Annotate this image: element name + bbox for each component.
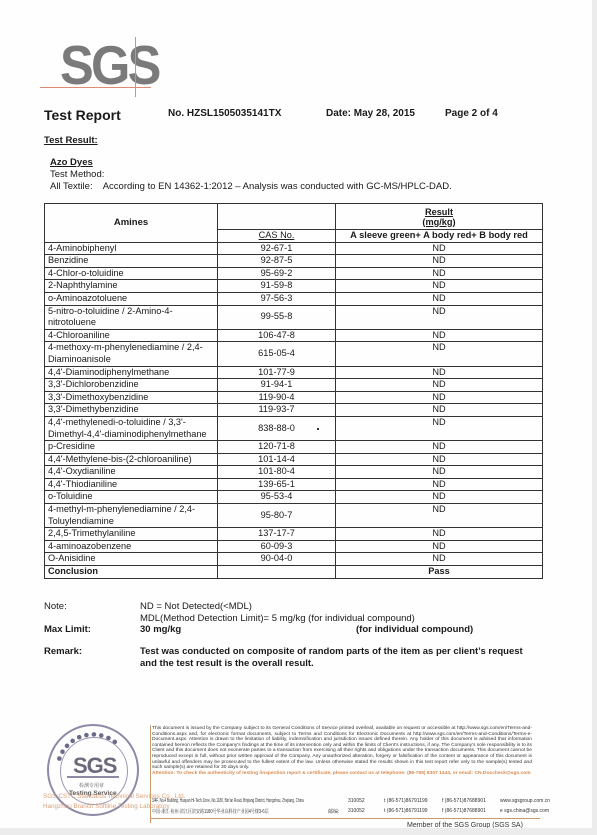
note-line-2: MDL(Method Detection Limit)= 5 mg/kg (fo… — [140, 613, 415, 624]
result-value: ND — [336, 329, 543, 342]
cas-number: 99-55-8 — [218, 305, 336, 329]
max-limit-label: Max Limit: — [44, 624, 91, 635]
amine-name: p-Cresidine — [45, 441, 218, 454]
report-title: Test Report — [44, 107, 121, 123]
result-value: ND — [336, 491, 543, 504]
stamp-cn-text: 检测专用章 — [79, 782, 104, 789]
page-edge — [0, 828, 597, 835]
table-row: p-Cresidine120-71-8ND — [45, 441, 543, 454]
amine-name: 3,3'-Dimethoxybenzidine — [45, 391, 218, 404]
result-value: ND — [336, 416, 543, 440]
table-row: 3,3'-Dimethoxybenzidine119-90-4ND — [45, 391, 543, 404]
note-label: Note: — [44, 601, 67, 612]
result-value: ND — [336, 453, 543, 466]
amine-name: 4-methyl-m-phenylenediamine / 2,4-Toluyl… — [45, 504, 218, 528]
cas-number: 120-71-8 — [218, 441, 336, 454]
website-link[interactable]: www.sgsgroup.com.cn — [500, 798, 550, 804]
col-header-result: Result (mg/kg) — [336, 204, 543, 230]
result-value: ND — [336, 553, 543, 566]
cas-number: 101-14-4 — [218, 453, 336, 466]
test-method-line: All Textile: According to EN 14362-1:201… — [50, 181, 452, 192]
result-value: ND — [336, 504, 543, 528]
email-link[interactable]: e sgs.china@sgs.com — [500, 808, 549, 814]
textile-method: According to EN 14362-1:2012 – Analysis … — [103, 181, 452, 192]
textile-label: All Textile: — [50, 181, 93, 192]
table-row: 3,3'-Dimethybenzidine119-93-7ND — [45, 404, 543, 417]
amine-name: 4-Chloroaniline — [45, 329, 218, 342]
amine-name: O-Anisidine — [45, 553, 218, 566]
table-row: 4,4'-Diaminodiphenylmethane101-77-9ND — [45, 366, 543, 379]
result-label: Result — [425, 207, 453, 217]
sgs-logo: SGS — [60, 38, 159, 93]
cas-number: 119-93-7 — [218, 404, 336, 417]
table-row: 2,4,5-Trimethylaniline137-17-7ND — [45, 528, 543, 541]
amine-name: 4-methoxy-m-phenylenediamine / 2,4-Diami… — [45, 342, 218, 366]
remark-label: Remark: — [44, 646, 82, 657]
table-row: 5-nitro-o-toluidine / 2-Amino-4-nitrotol… — [45, 305, 543, 329]
table-row: 4-Chlor-o-toluidine95-69-2ND — [45, 267, 543, 280]
page-edge — [592, 0, 597, 835]
table-row: o-Toluidine95-53-4ND — [45, 491, 543, 504]
cas-number: 95-69-2 — [218, 267, 336, 280]
amine-name: 5-nitro-o-toluidine / 2-Amino-4-nitrotol… — [45, 305, 218, 329]
table-row: 4,4'-methylenedi-o-toluidine / 3,3'-Dime… — [45, 416, 543, 440]
speck — [317, 428, 319, 430]
cas-number: 92-87-5 — [218, 255, 336, 268]
cas-number: 91-94-1 — [218, 379, 336, 392]
table-row: 4-Chloroaniline106-47-8ND — [45, 329, 543, 342]
result-value: ND — [336, 267, 543, 280]
conclusion-value: Pass — [336, 566, 543, 579]
table-row: 3,3'-Dichlorobenzidine91-94-1ND — [45, 379, 543, 392]
result-value: ND — [336, 540, 543, 553]
result-value: ND — [336, 280, 543, 293]
col-header-cas: CAS No. — [218, 230, 336, 243]
cas-number: 60-09-3 — [218, 540, 336, 553]
result-value: ND — [336, 379, 543, 392]
result-value: ND — [336, 441, 543, 454]
disclaimer-text: This document is issued by the Company s… — [152, 726, 532, 770]
amine-name: Benzidine — [45, 255, 218, 268]
cas-number: 137-17-7 — [218, 528, 336, 541]
amine-name: 4,4'-Diaminodiphenylmethane — [45, 366, 218, 379]
amine-name: o-Aminoazotoluene — [45, 292, 218, 305]
cas-number: 101-77-9 — [218, 366, 336, 379]
cas-number: 101-80-4 — [218, 466, 336, 479]
amine-name: 4-aminoazobenzene — [45, 540, 218, 553]
footer-divider — [150, 725, 151, 823]
page-indicator: Page 2 of 4 — [445, 108, 498, 119]
table-row: 4-methyl-m-phenylenediamine / 2,4-Toluyl… — [45, 504, 543, 528]
cas-number: 139-65-1 — [218, 478, 336, 491]
table-header-row: Amines Result (mg/kg) — [45, 204, 543, 230]
logo-accent-line — [135, 37, 136, 97]
stamp-divider — [67, 776, 119, 778]
table-row: 4-aminoazobenzene60-09-3ND — [45, 540, 543, 553]
table-row: 2-Naphthylamine91-59-8ND — [45, 280, 543, 293]
test-method-label: Test Method: — [50, 169, 104, 180]
max-limit-qualifier: (for individual compound) — [356, 624, 473, 635]
address-en: 3/4F, No.4 Building, Huayan Hi-Tech Zone… — [152, 798, 304, 804]
fax: f (86-571)87688901 — [442, 798, 486, 804]
table-row: o-Aminoazotoluene97-56-3ND — [45, 292, 543, 305]
cas-number: 92-67-1 — [218, 242, 336, 255]
col-header-sample: A sleeve green+ A body red+ B body red — [336, 230, 543, 243]
conclusion-row: ConclusionPass — [45, 566, 543, 579]
amine-name: o-Toluidine — [45, 491, 218, 504]
postcode: 310052 — [348, 808, 365, 814]
postcode: 310052 — [348, 798, 365, 804]
telephone: t (86-571)86791199 — [384, 808, 428, 814]
section-subheading: Azo Dyes — [50, 157, 93, 168]
fax: f (86-571)87688901 — [442, 808, 486, 814]
table-row: 4,4'-Thiodianiline139-65-1ND — [45, 478, 543, 491]
table-row: O-Anisidine90-04-0ND — [45, 553, 543, 566]
result-value: ND — [336, 255, 543, 268]
result-value: ND — [336, 342, 543, 366]
telephone: t (86-571)86791199 — [384, 798, 428, 804]
conclusion-label: Conclusion — [45, 566, 218, 579]
footer-rule — [150, 818, 540, 819]
report-date: Date: May 28, 2015 — [326, 108, 415, 119]
attention-text: Attention: To check the authenticity of … — [152, 771, 531, 776]
amine-name: 3,3'-Dimethybenzidine — [45, 404, 218, 417]
col-header-amines: Amines — [45, 204, 218, 243]
table-row: 4-methoxy-m-phenylenediamine / 2,4-Diami… — [45, 342, 543, 366]
result-value: ND — [336, 478, 543, 491]
cas-number: 97-56-3 — [218, 292, 336, 305]
amine-name: 4-Aminobiphenyl — [45, 242, 218, 255]
cas-number: 95-53-4 — [218, 491, 336, 504]
remark-line-2: and the test result is the overall resul… — [140, 658, 314, 669]
result-value: ND — [336, 466, 543, 479]
amine-name: 3,3'-Dichlorobenzidine — [45, 379, 218, 392]
cas-number: 90-04-0 — [218, 553, 336, 566]
amine-name: 4-Chlor-o-toluidine — [45, 267, 218, 280]
result-value: ND — [336, 404, 543, 417]
table-row: 4,4'-Methylene-bis-(2-chloroaniline)101-… — [45, 453, 543, 466]
cas-number: 119-90-4 — [218, 391, 336, 404]
section-heading: Test Result: — [44, 135, 98, 146]
amine-name: 4,4'-methylenedi-o-toluidine / 3,3'-Dime… — [45, 416, 218, 440]
amine-name: 4,4'-Methylene-bis-(2-chloroaniline) — [45, 453, 218, 466]
cas-number: 95-80-7 — [218, 504, 336, 528]
footer-disclaimer: This document is issued by the Company s… — [152, 726, 532, 776]
result-value: ND — [336, 305, 543, 329]
results-table: Amines Result (mg/kg) CAS No. A sleeve g… — [44, 203, 543, 579]
result-value: ND — [336, 391, 543, 404]
table-row: 4,4'-Oxydianiline101-80-4ND — [45, 466, 543, 479]
amine-name: 4,4'-Thiodianiline — [45, 478, 218, 491]
col-header-blank — [218, 204, 336, 230]
max-limit-value: 30 mg/kg — [140, 624, 181, 635]
address-cn: 中国·浙江·杭州·滨江区滨安路1180号华业高科技产业园4号楼3-6层 — [152, 808, 269, 815]
amine-name: 4,4'-Oxydianiline — [45, 466, 218, 479]
conclusion-blank — [218, 566, 336, 579]
remark-line-1: Test was conducted on composite of rando… — [140, 646, 523, 657]
table-row: 4-Aminobiphenyl92-67-1ND — [45, 242, 543, 255]
result-value: ND — [336, 242, 543, 255]
cas-number: 91-59-8 — [218, 280, 336, 293]
result-value: ND — [336, 366, 543, 379]
cas-number: 615-05-4 — [218, 342, 336, 366]
result-value: ND — [336, 528, 543, 541]
amine-name: 2,4,5-Trimethylaniline — [45, 528, 218, 541]
note-line-1: ND = Not Detected(<MDL) — [140, 601, 252, 612]
amine-name: 2-Naphthylamine — [45, 280, 218, 293]
document-page: SGS Test Report No. HZSL1505035141TX Dat… — [0, 0, 592, 828]
postcode-label: 邮编: — [328, 808, 339, 815]
table-row: Benzidine92-87-5ND — [45, 255, 543, 268]
cas-number: 106-47-8 — [218, 329, 336, 342]
result-unit: (mg/kg) — [422, 217, 455, 227]
report-number: No. HZSL1505035141TX — [168, 108, 281, 119]
result-value: ND — [336, 292, 543, 305]
